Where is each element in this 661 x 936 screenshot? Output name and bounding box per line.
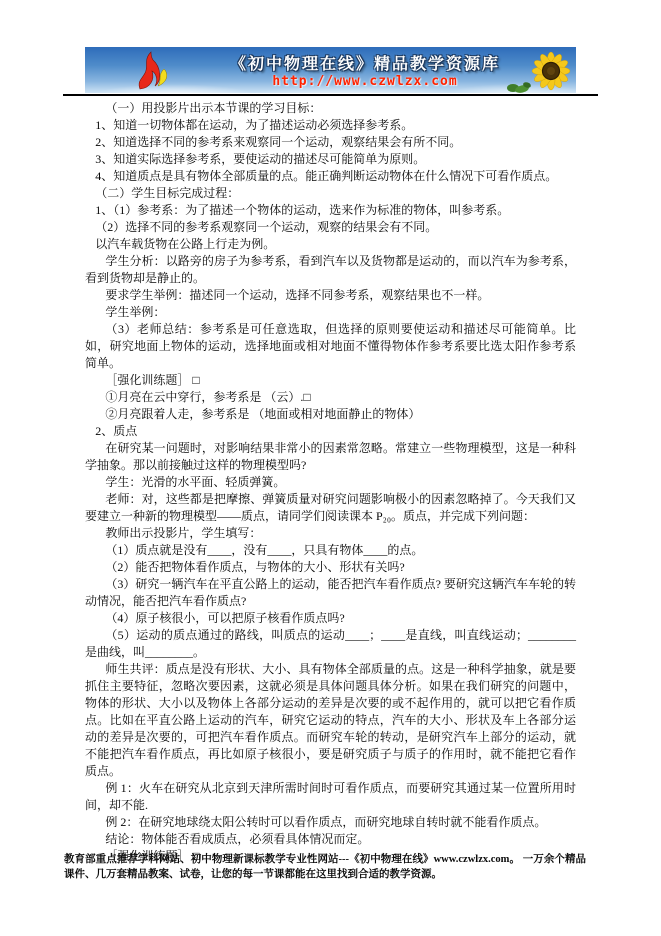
site-banner: 《初中物理在线》精品教学资源库 http://www.czwlzx.com <box>85 47 576 93</box>
doc-paragraph: 2、质点 <box>85 423 576 440</box>
footer-note: 教育部重点推荐学科网站、初中物理新课标教学专业性网站---《初中物理在线》www… <box>64 852 586 882</box>
doc-paragraph: （3）研究一辆汽车在平直公路上的运动，能否把汽车看作质点? 要研究这辆汽车车轮的… <box>85 576 576 610</box>
doc-paragraph: 4、知道质点是具有物体全部质量的点。能正确判断运动物体在什么情况下可看作质点。 <box>85 168 576 185</box>
sunflower-icon <box>530 51 572 91</box>
doc-paragraph: 结论：物体能否看成质点，必须看具体情况而定。 <box>85 831 576 848</box>
doc-paragraph: ②月亮跟着人走，参考系是 （地面或相对地面静止的物体） <box>85 406 576 423</box>
doc-paragraph: 以汽车载货物在公路上行走为例。 <box>85 236 576 253</box>
doc-paragraph: （1）质点就是没有____，没有____，只具有物体____的点。 <box>85 542 576 559</box>
doc-paragraph: 要求学生举例：描述同一个运动，选择不同参考系，观察结果也不一样。 <box>85 287 576 304</box>
header-divider <box>63 94 598 96</box>
banner-url-link[interactable]: http://www.czwlzx.com <box>272 74 457 89</box>
doc-paragraph: 例 1：火车在研究从北京到天津所需时间时可看作质点，而要研究其通过某一位置所用时… <box>85 780 576 814</box>
doc-paragraph: 师生共评：质点是没有形状、大小、具有物体全部质量的点。这是一种科学抽象，就是要抓… <box>85 661 576 780</box>
document-body: （一）用投影片出示本节课的学习目标：1、知道一切物体都在运动，为了描述运动必须选… <box>85 100 576 865</box>
leaf-icon <box>506 79 532 93</box>
doc-paragraph: ①月亮在云中穿行，参考系是 （云）.□ <box>85 389 576 406</box>
doc-paragraph: （3）老师总结：参考系是可任意选取，但选择的原则要使运动和描述尽可能简单。比如，… <box>85 321 576 372</box>
doc-paragraph: 老师：对，这些都是把摩擦、弹簧质量对研究问题影响极小的因素忽略掉了。今天我们又要… <box>85 491 576 525</box>
doc-paragraph: 教师出示投影片，学生填写： <box>85 525 576 542</box>
doc-paragraph: 2、知道选择不同的参考系来观察同一个运动，观察结果会有所不同。 <box>85 134 576 151</box>
banner-text-block: 《初中物理在线》精品教学资源库 http://www.czwlzx.com <box>215 50 515 90</box>
doc-paragraph: （2）能否把物体看作质点，与物体的大小、形状有关吗? <box>85 559 576 576</box>
doc-paragraph: 3、知道实际选择参考系，要使运动的描述尽可能简单为原则。 <box>85 151 576 168</box>
doc-paragraph: 学生：光滑的水平面、轻质弹簧。 <box>85 474 576 491</box>
doc-paragraph: （一）用投影片出示本节课的学习目标： <box>85 100 576 117</box>
doc-paragraph: 1、（1）参考系：为了描述一个物体的运动，选来作为标准的物体，叫参考系。 <box>85 202 576 219</box>
doc-paragraph: 学生分析：以路旁的房子为参考系，看到汽车以及货物都是运动的，而以汽车为参考系，看… <box>85 253 576 287</box>
doc-paragraph: （5）运动的质点通过的路线，叫质点的运动____；____是直线，叫直线运动；_… <box>85 627 576 661</box>
doc-paragraph: ［强化训练题］ □ <box>85 372 576 389</box>
doc-paragraph: 例 2：在研究地球绕太阳公转时可以看作质点，而研究地球自转时就不能看作质点。 <box>85 814 576 831</box>
doc-paragraph: 在研究某一问题时，对影响结果非常小的因素常忽略。常建立一些物理模型，这是一种科学… <box>85 440 576 474</box>
doc-paragraph: （4）原子核很小，可以把原子核看作质点吗? <box>85 610 576 627</box>
flame-logo-icon <box>131 50 177 92</box>
doc-paragraph: 学生举例： <box>85 304 576 321</box>
doc-paragraph: （二）学生目标完成过程： <box>85 185 576 202</box>
banner-title: 《初中物理在线》精品教学资源库 <box>230 51 500 74</box>
doc-paragraph: （2）选择不同的参考系观察同一个运动，观察的结果会有不同。 <box>85 219 576 236</box>
doc-paragraph: 1、知道一切物体都在运动，为了描述运动必须选择参考系。 <box>85 117 576 134</box>
